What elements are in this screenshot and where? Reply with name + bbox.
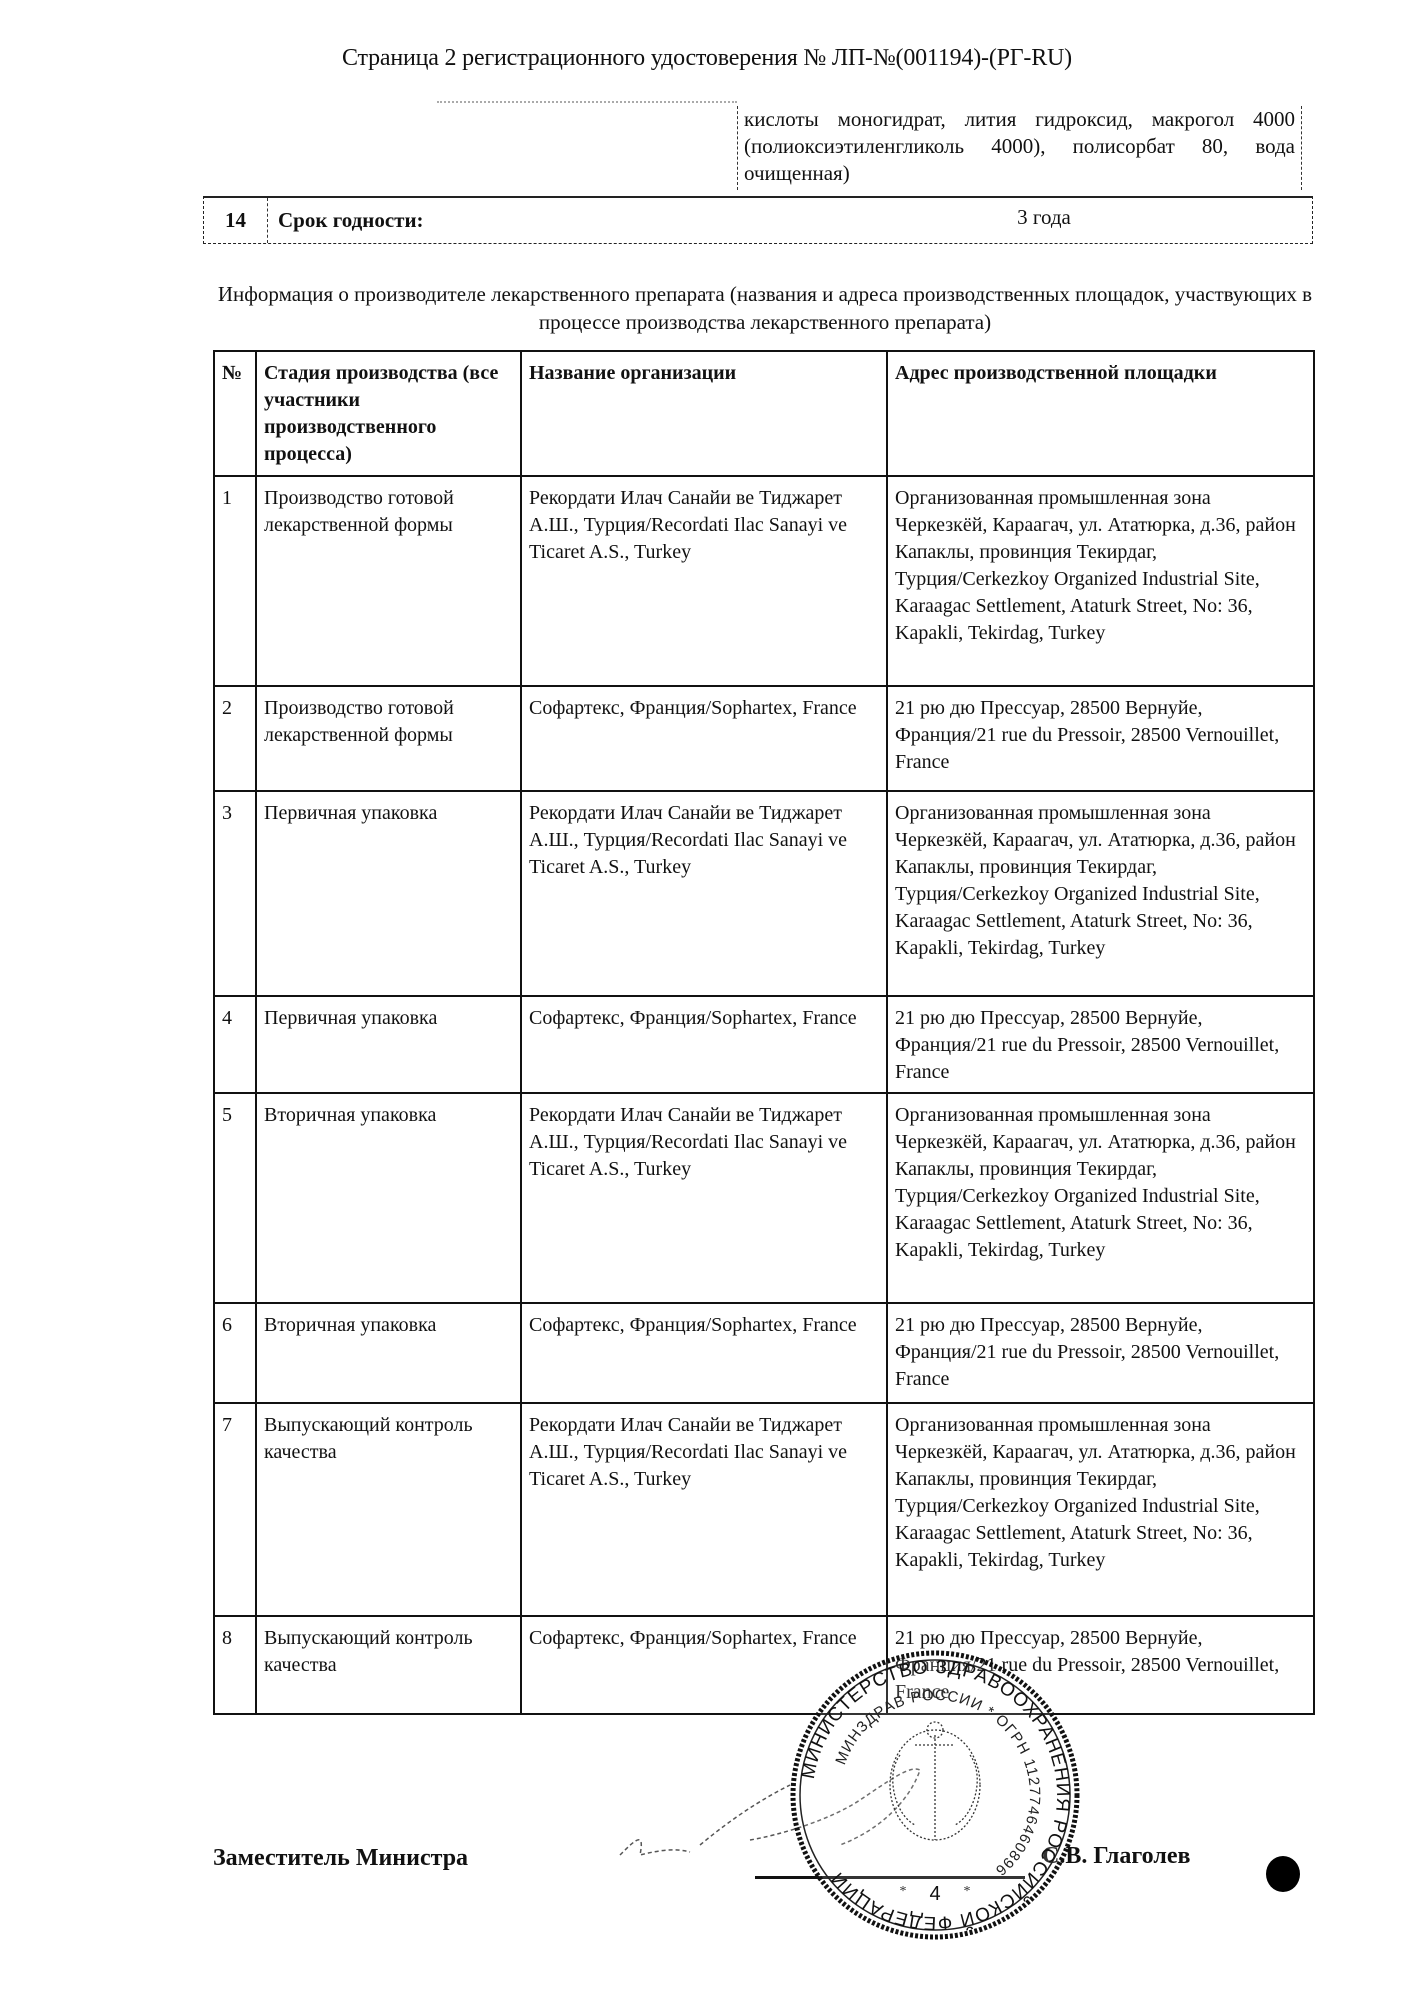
table-row: 4Первичная упаковкаСофартекс, Франция/So… [214,996,1314,1093]
manufacturer-section-title: Информация о производителе лекарственног… [200,280,1330,336]
signatory-title: Заместитель Министра [213,1845,468,1872]
row-number: 6 [214,1303,256,1403]
site-address: 21 рю дю Прессуар, 28500 Вернуйе, Франци… [887,1303,1314,1403]
organization-name: Рекордати Илач Санайи ве Тиджарет А.Ш., … [521,1093,887,1303]
production-stage: Производство готовой лекарственной формы [256,476,521,686]
column-header-number: № [214,351,256,476]
table-header-row: № Стадия производства (все участники про… [214,351,1314,476]
row-number: 8 [214,1616,256,1714]
production-stage: Выпускающий контроль качества [256,1403,521,1616]
table-row: 6Вторичная упаковкаСофартекс, Франция/So… [214,1303,1314,1403]
page-header: Страница 2 регистрационного удостоверени… [0,45,1414,72]
row-number: 1 [214,476,256,686]
organization-name: Софартекс, Франция/Sophartex, France [521,996,887,1093]
organization-name: Рекордати Илач Санайи ве Тиджарет А.Ш., … [521,1403,887,1616]
stamp-number: 4 [929,1883,940,1905]
production-stage: Выпускающий контроль качества [256,1616,521,1714]
table-row: 3Первичная упаковкаРекордати Илач Санайи… [214,791,1314,996]
site-address: Организованная промышленная зона Черкезк… [887,476,1314,686]
svg-text:*: * [900,1884,907,1899]
svg-text:*: * [964,1884,971,1899]
production-stage: Вторичная упаковка [256,1303,521,1403]
production-stage: Вторичная упаковка [256,1093,521,1303]
row-number: 3 [214,791,256,996]
shelf-life-value: 3 года [944,198,1144,236]
column-header-address: Адрес производственной площадки [887,351,1314,476]
row-number: 2 [214,686,256,791]
shelf-life-label: Срок годности: [278,198,424,242]
table-row: 5Вторичная упаковкаРекордати Илач Санайи… [214,1093,1314,1303]
shelf-life-number: 14 [204,198,268,243]
production-stage: Первичная упаковка [256,791,521,996]
manufacturer-table: № Стадия производства (все участники про… [213,350,1315,1715]
table-row: 2Производство готовой лекарственной форм… [214,686,1314,791]
row-number: 5 [214,1093,256,1303]
table-row: 7Выпускающий контроль качестваРекордати … [214,1403,1314,1616]
site-address: Организованная промышленная зона Черкезк… [887,1403,1314,1616]
production-stage: Производство готовой лекарственной формы [256,686,521,791]
organization-name: Рекордати Илач Санайи ве Тиджарет А.Ш., … [521,791,887,996]
organization-name: Софартекс, Франция/Sophartex, France [521,1303,887,1403]
site-address: 21 рю дю Прессуар, 28500 Вернуйе, Франци… [887,996,1314,1093]
table-row: 1Производство готовой лекарственной форм… [214,476,1314,686]
divider-dotted [437,101,737,103]
table-row: 8Выпускающий контроль качестваСофартекс,… [214,1616,1314,1714]
site-address: Организованная промышленная зона Черкезк… [887,1093,1314,1303]
column-header-stage: Стадия производства (все участники произ… [256,351,521,476]
shelf-life-row: 14 Срок годности: 3 года [203,196,1313,244]
row-number: 7 [214,1403,256,1616]
row-number: 4 [214,996,256,1093]
composition-continuation: кислоты моногидрат, лития гидроксид, мак… [737,106,1302,190]
organization-name: Рекордати Илач Санайи ве Тиджарет А.Ш., … [521,476,887,686]
official-stamp: МИНИСТЕРСТВО ЗДРАВООХРАНЕНИЯ РОССИЙСКОЙ … [785,1645,1085,1945]
organization-name: Софартекс, Франция/Sophartex, France [521,686,887,791]
production-stage: Первичная упаковка [256,996,521,1093]
site-address: Организованная промышленная зона Черкезк… [887,791,1314,996]
site-address: 21 рю дю Прессуар, 28500 Вернуйе, Франци… [887,686,1314,791]
column-header-organization: Название организации [521,351,887,476]
bullet-dot [1266,1856,1300,1892]
